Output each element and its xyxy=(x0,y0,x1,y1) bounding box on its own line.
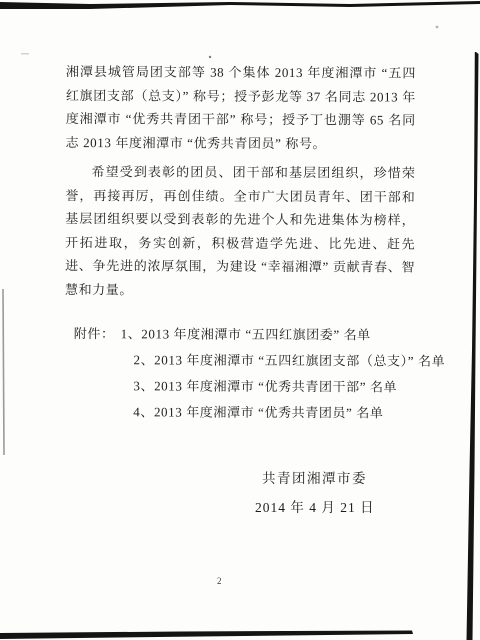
attachments-label: 附件： xyxy=(74,321,115,347)
scanned-document-page: 湘潭县城管局团支部等 38 个集体 2013 年度湘潭市 “五四红旗团支部（总支… xyxy=(0,0,480,640)
attachment-item-4: 4、2013 年度湘潭市 “优秀共青团员” 名单 xyxy=(133,399,445,426)
page-number: 2 xyxy=(217,576,222,586)
attachment-item-2: 2、2013 年度湘潭市 “五四红旗团支部（总支）” 名单 xyxy=(133,347,445,374)
scan-speck-1 xyxy=(209,56,211,58)
scan-speck-2 xyxy=(436,26,439,29)
scan-smudge-left xyxy=(3,289,4,455)
document-body: 湘潭县城管局团支部等 38 个集体 2013 年度湘潭市 “五四红旗团支部（总支… xyxy=(64,60,416,427)
scan-edge-right xyxy=(467,52,479,640)
signature-date: 2014 年 4 月 21 日 xyxy=(255,496,375,516)
body-paragraph-2: 希望受到表彰的团员、团干部和基层团组织，珍惜荣誉，再接再厉，再创佳绩。全市广大团… xyxy=(65,160,416,303)
attachments-block: 附件： 1、2013 年度湘潭市 “五四红旗团委” 名单 2、2013 年度湘潭… xyxy=(73,321,414,426)
signature-organization: 共青团湘潭市委 xyxy=(262,467,367,487)
attachments-list: 1、2013 年度湘潭市 “五四红旗团委” 名单 2、2013 年度湘潭市 “五… xyxy=(120,321,445,426)
attachment-item-1: 1、2013 年度湘潭市 “五四红旗团委” 名单 xyxy=(121,321,446,348)
attachment-item-3: 3、2013 年度湘潭市 “优秀共青团干部” 名单 xyxy=(133,373,445,400)
body-paragraph-1: 湘潭县城管局团支部等 38 个集体 2013 年度湘潭市 “五四红旗团支部（总支… xyxy=(66,60,416,156)
scan-speck-3 xyxy=(21,53,29,55)
scan-edge-bottom xyxy=(0,631,413,640)
scan-edge-top xyxy=(0,1,480,9)
